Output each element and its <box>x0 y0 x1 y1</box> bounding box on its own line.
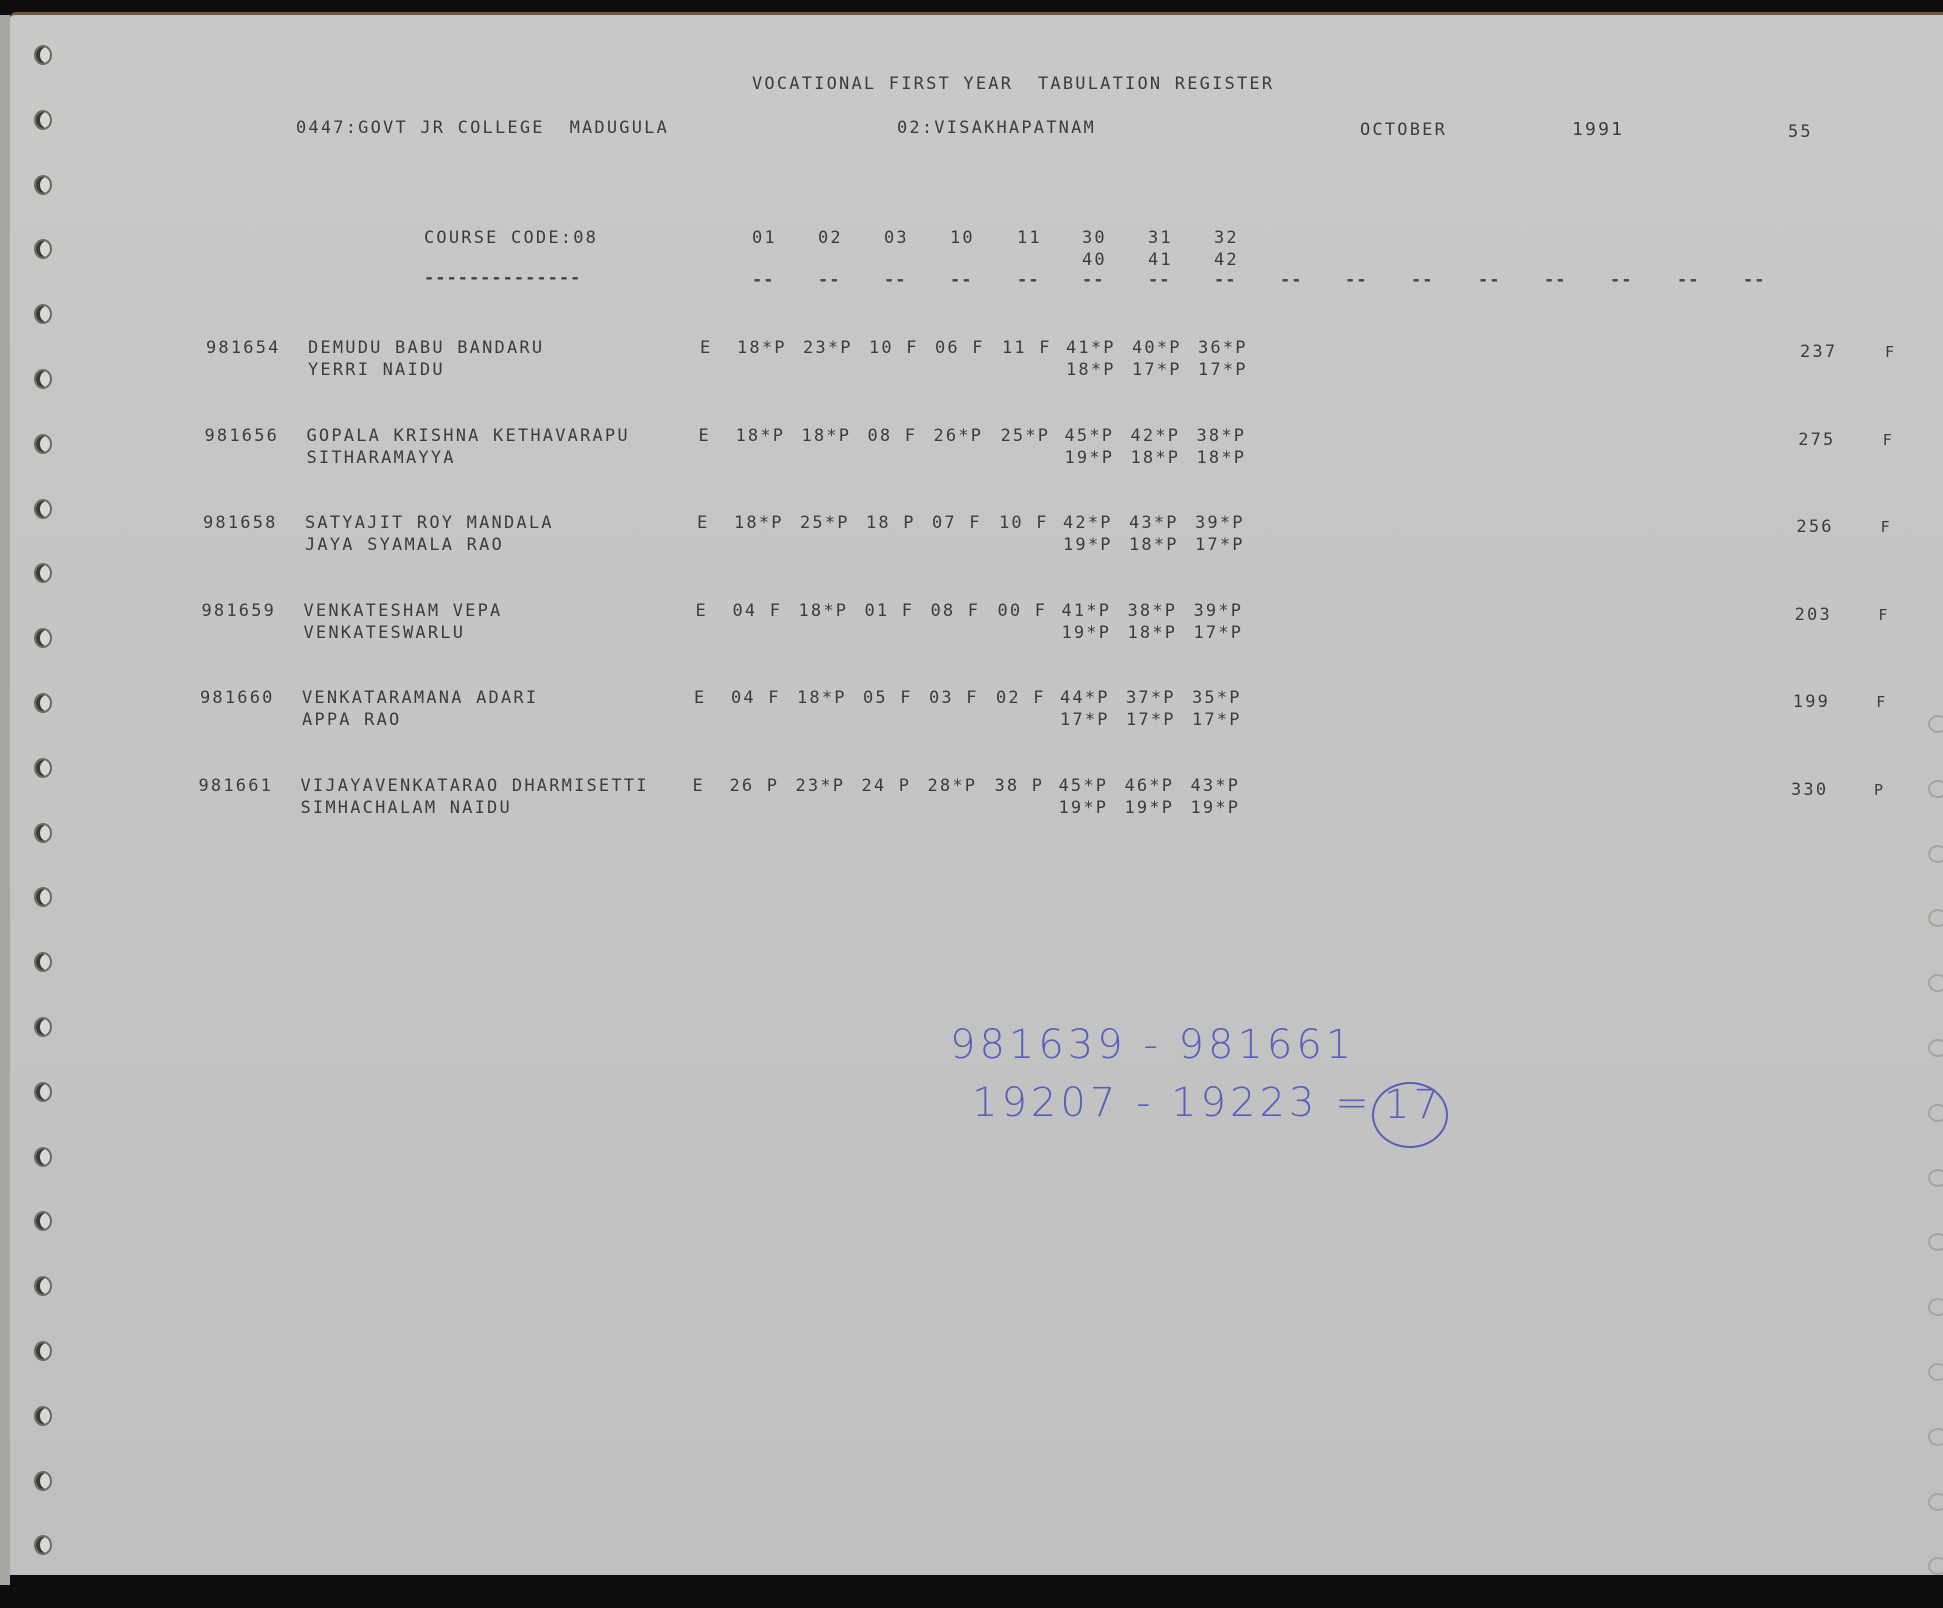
subject-code-second: 40 <box>1082 250 1107 270</box>
student-name: DEMUDU BABU BANDARU <box>308 338 544 358</box>
total-marks: 199 <box>1793 692 1830 712</box>
subject-mark: 06 F <box>935 338 985 358</box>
feed-hole <box>1928 1104 1943 1122</box>
subject-mark: 23*P <box>796 776 846 796</box>
subject-mark: 03 F <box>929 688 979 708</box>
subject-mark: 39*P <box>1194 601 1244 621</box>
practical-mark: 19*P <box>1059 798 1109 818</box>
feed-hole <box>34 239 52 259</box>
feed-hole <box>34 1147 52 1167</box>
practical-mark: 19*P <box>1065 448 1115 468</box>
column-underline: -- <box>818 270 840 290</box>
parent-name: SIMHACHALAM NAIDU <box>301 798 512 818</box>
practical-mark: 18*P <box>1197 448 1247 468</box>
subject-mark: 11 F <box>1002 338 1052 358</box>
column-underline: -- <box>1082 270 1104 290</box>
hall-ticket-number: 981658 <box>203 513 278 533</box>
feed-hole <box>34 369 52 389</box>
subject-mark: 38*P <box>1197 426 1247 446</box>
feed-hole <box>1928 1363 1943 1381</box>
student-name: GOPALA KRISHNA KETHAVARAPU <box>307 426 630 446</box>
medium-code: E <box>693 776 705 796</box>
adjacent-page-edge <box>0 15 10 1585</box>
column-underline: -- <box>1478 270 1500 290</box>
feed-hole <box>34 1211 52 1231</box>
subject-mark: 38*P <box>1128 601 1178 621</box>
subject-mark: 35*P <box>1192 688 1242 708</box>
exam-year: 1991 <box>1572 120 1624 140</box>
result-status: F <box>1876 692 1887 712</box>
subject-code: 32 <box>1214 228 1239 248</box>
subject-code: 31 <box>1148 228 1173 248</box>
page-number: 55 <box>1788 122 1813 142</box>
subject-mark: 18*P <box>802 426 852 446</box>
medium-code: E <box>697 513 709 533</box>
subject-code: 02 <box>818 228 843 248</box>
subject-mark: 38 P <box>995 776 1045 796</box>
subject-mark: 45*P <box>1059 776 1109 796</box>
total-marks: 237 <box>1800 342 1837 362</box>
subject-mark: 25*P <box>800 513 850 533</box>
feed-hole <box>1928 1298 1943 1316</box>
hall-ticket-number: 981661 <box>199 776 274 796</box>
subject-mark: 10 F <box>869 338 919 358</box>
course-code-underline: -------------- <box>424 268 581 288</box>
practical-mark: 19*P <box>1191 798 1241 818</box>
feed-hole <box>34 1471 52 1491</box>
student-name: VENKATARAMANA ADARI <box>302 688 538 708</box>
subject-mark: 25*P <box>1001 426 1051 446</box>
subject-mark: 18*P <box>736 426 786 446</box>
subject-mark: 04 F <box>731 688 781 708</box>
hall-ticket-number: 981654 <box>206 338 281 358</box>
column-underline: -- <box>1017 270 1039 290</box>
result-status: F <box>1878 605 1889 625</box>
parent-name: YERRI NAIDU <box>308 360 445 380</box>
feed-hole <box>1928 1557 1943 1575</box>
feed-hole <box>34 1535 52 1555</box>
feed-hole <box>1928 780 1943 798</box>
subject-mark: 43*P <box>1129 513 1179 533</box>
practical-mark: 17*P <box>1132 360 1182 380</box>
practical-mark: 18*P <box>1131 448 1181 468</box>
feed-hole <box>1928 909 1943 927</box>
feed-hole <box>34 499 52 519</box>
feed-hole <box>34 1406 52 1426</box>
exam-month: OCTOBER <box>1360 120 1447 140</box>
subject-code-second: 42 <box>1214 250 1239 270</box>
practical-mark: 19*P <box>1125 798 1175 818</box>
column-underline: -- <box>950 270 972 290</box>
column-underline: -- <box>884 270 906 290</box>
total-marks: 203 <box>1795 605 1832 625</box>
feed-hole <box>1928 845 1943 863</box>
feed-hole <box>34 693 52 713</box>
subject-mark: 40*P <box>1132 338 1182 358</box>
college-name: 0447:GOVT JR COLLEGE MADUGULA <box>296 118 669 138</box>
subject-mark: 41*P <box>1062 601 1112 621</box>
practical-mark: 19*P <box>1062 623 1112 643</box>
subject-mark: 02 F <box>996 688 1046 708</box>
column-underline: -- <box>752 270 774 290</box>
subject-mark: 18 P <box>866 513 916 533</box>
column-underline: -- <box>1610 270 1632 290</box>
subject-mark: 10 F <box>999 513 1049 533</box>
column-underline: -- <box>1280 270 1302 290</box>
student-name: VIJAYAVENKATARAO DHARMISETTI <box>301 776 649 796</box>
hall-ticket-number: 981659 <box>202 601 277 621</box>
student-name: VENKATESHAM VEPA <box>304 601 503 621</box>
feed-hole <box>1928 1039 1943 1057</box>
medium-code: E <box>700 338 712 358</box>
feed-hole <box>34 1276 52 1296</box>
subject-code: 30 <box>1082 228 1107 248</box>
subject-mark: 26 P <box>730 776 780 796</box>
subject-mark: 42*P <box>1063 513 1113 533</box>
feed-hole <box>1928 1169 1943 1187</box>
column-underline: -- <box>1148 270 1170 290</box>
feed-hole <box>34 45 52 65</box>
medium-code: E <box>699 426 711 446</box>
subject-mark: 18*P <box>797 688 847 708</box>
result-status: F <box>1883 430 1894 450</box>
feed-hole <box>34 952 52 972</box>
subject-mark: 00 F <box>998 601 1048 621</box>
feed-hole <box>1928 1233 1943 1251</box>
column-underline: -- <box>1544 270 1566 290</box>
feed-hole <box>34 304 52 324</box>
feed-hole <box>1928 1428 1943 1446</box>
feed-hole <box>34 628 52 648</box>
feed-hole <box>34 434 52 454</box>
column-underline: -- <box>1677 270 1699 290</box>
total-marks: 256 <box>1796 517 1833 537</box>
practical-mark: 17*P <box>1192 710 1242 730</box>
subject-code: 10 <box>950 228 975 248</box>
parent-name: JAYA SYAMALA RAO <box>305 535 504 555</box>
parent-name: VENKATESWARLU <box>304 623 466 643</box>
result-status: P <box>1874 780 1885 800</box>
subject-mark: 26*P <box>934 426 984 446</box>
hall-ticket-number: 981660 <box>200 688 275 708</box>
result-status: F <box>1885 342 1896 362</box>
subject-code: 11 <box>1017 228 1042 248</box>
feed-hole <box>34 1341 52 1361</box>
practical-mark: 18*P <box>1129 535 1179 555</box>
column-underline: -- <box>1411 270 1433 290</box>
feed-hole <box>1928 1493 1943 1511</box>
column-underline: -- <box>1743 270 1765 290</box>
course-code-label: COURSE CODE:08 <box>424 228 598 248</box>
feed-hole <box>1928 715 1943 733</box>
feed-hole <box>34 110 52 130</box>
column-underline: -- <box>1214 270 1236 290</box>
subject-mark: 18*P <box>799 601 849 621</box>
handwritten-serial-range: 19207 - 19223 = <box>972 1080 1373 1126</box>
practical-mark: 17*P <box>1195 535 1245 555</box>
handwritten-hallticket-range: 981639 - 981661 <box>950 1022 1355 1068</box>
subject-code-second: 41 <box>1148 250 1173 270</box>
register-title: VOCATIONAL FIRST YEAR TABULATION REGISTE… <box>752 74 1274 94</box>
practical-mark: 17*P <box>1194 623 1244 643</box>
result-status: F <box>1881 517 1892 537</box>
subject-mark: 08 F <box>931 601 981 621</box>
medium-code: E <box>696 601 708 621</box>
hall-ticket-number: 981656 <box>205 426 280 446</box>
feed-hole <box>34 887 52 907</box>
subject-mark: 36*P <box>1198 338 1248 358</box>
subject-mark: 28*P <box>928 776 978 796</box>
subject-mark: 43*P <box>1191 776 1241 796</box>
feed-hole <box>34 758 52 778</box>
subject-code: 01 <box>752 228 777 248</box>
subject-mark: 42*P <box>1131 426 1181 446</box>
subject-mark: 18*P <box>737 338 787 358</box>
feed-hole <box>34 1082 52 1102</box>
subject-mark: 44*P <box>1060 688 1110 708</box>
subject-code: 03 <box>884 228 909 248</box>
practical-mark: 17*P <box>1198 360 1248 380</box>
total-marks: 275 <box>1798 430 1835 450</box>
total-marks: 330 <box>1791 780 1828 800</box>
feed-hole <box>34 1017 52 1037</box>
district-name: 02:VISAKHAPATNAM <box>897 118 1096 138</box>
subject-mark: 39*P <box>1195 513 1245 533</box>
subject-mark: 24 P <box>862 776 912 796</box>
feed-hole <box>1928 974 1943 992</box>
feed-hole <box>34 175 52 195</box>
subject-mark: 05 F <box>863 688 913 708</box>
practical-mark: 19*P <box>1063 535 1113 555</box>
subject-mark: 45*P <box>1065 426 1115 446</box>
parent-name: SITHARAMAYYA <box>307 448 456 468</box>
practical-mark: 18*P <box>1066 360 1116 380</box>
subject-mark: 04 F <box>733 601 783 621</box>
feed-hole <box>34 563 52 583</box>
subject-mark: 01 F <box>865 601 915 621</box>
subject-mark: 08 F <box>868 426 918 446</box>
subject-mark: 07 F <box>932 513 982 533</box>
subject-mark: 23*P <box>803 338 853 358</box>
subject-mark: 18*P <box>734 513 784 533</box>
handwritten-circled-count: 17 <box>1384 1082 1443 1128</box>
feed-hole <box>34 823 52 843</box>
subject-mark: 41*P <box>1066 338 1116 358</box>
subject-mark: 46*P <box>1125 776 1175 796</box>
student-name: SATYAJIT ROY MANDALA <box>305 513 554 533</box>
medium-code: E <box>694 688 706 708</box>
subject-mark: 37*P <box>1126 688 1176 708</box>
practical-mark: 17*P <box>1060 710 1110 730</box>
practical-mark: 17*P <box>1126 710 1176 730</box>
practical-mark: 18*P <box>1128 623 1178 643</box>
parent-name: APPA RAO <box>302 710 401 730</box>
column-underline: -- <box>1345 270 1367 290</box>
